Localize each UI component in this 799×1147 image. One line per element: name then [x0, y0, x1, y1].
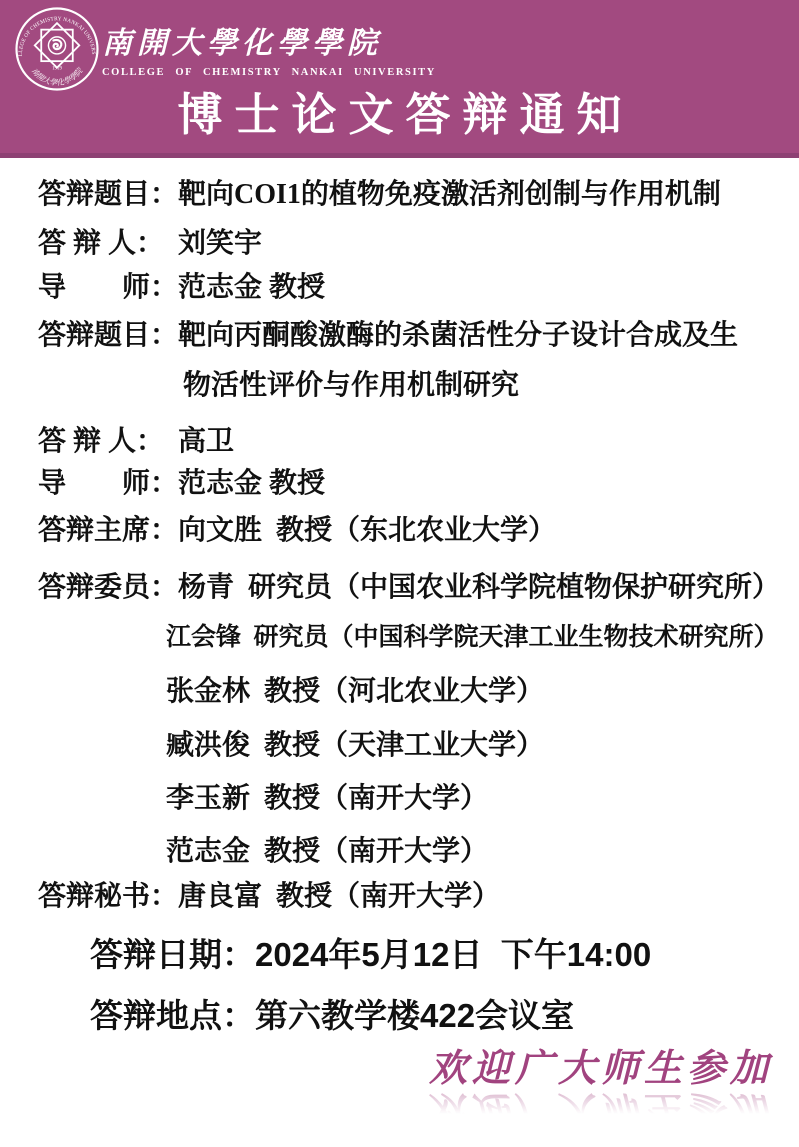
octagram-star-icon [35, 23, 80, 68]
secretary-value: 唐良富 教授（南开大学） [178, 879, 500, 915]
university-name-block: 南開大學化學學院 COLLEGE OF CHEMISTRY NANKAI UNI… [102, 18, 436, 78]
chair-value: 向文胜 教授（东北农业大学） [178, 513, 556, 549]
secretary-label: 答辩秘书： [38, 879, 178, 915]
date-value: 2024年5月12日 下午14:00 [255, 933, 651, 977]
secretary-row: 答辩秘书： 唐良富 教授（南开大学） [38, 879, 783, 915]
defense2-candidate-row: 答 辩 人： 高卫 [38, 424, 783, 460]
committee-member: 范志金 教授（南开大学） [166, 834, 783, 870]
university-name-english: COLLEGE OF CHEMISTRY NANKAI UNIVERSITY [102, 67, 436, 78]
topic-label: 答辩题目： [38, 177, 178, 213]
page-title: 博士论文答辩通知 [0, 78, 799, 143]
advisor-label: 导 师： [38, 466, 178, 502]
date-label: 答辩日期： [90, 933, 255, 977]
candidate-value: 高卫 [178, 424, 234, 460]
defense1-advisor-row: 导 师： 范志金 教授 [38, 270, 783, 306]
candidate-value: 刘笑宇 [178, 226, 262, 262]
committee-member: 杨青 研究员（中国农业科学院植物保护研究所） [178, 570, 780, 606]
location-value: 第六教学楼422会议室 [255, 994, 574, 1038]
defense1-topic-row: 答辩题目： 靶向COI1的植物免疫激活剂创制与作用机制 [38, 177, 783, 213]
committee-member: 张金林 教授（河北农业大学） [166, 674, 783, 710]
defense2-advisor-row: 导 师： 范志金 教授 [38, 466, 783, 502]
chair-label: 答辩主席： [38, 513, 178, 549]
candidate-label: 答 辩 人： [38, 226, 178, 262]
committee-row: 答辩委员： 杨青 研究员（中国农业科学院植物保护研究所） [38, 570, 783, 606]
committee-label: 答辩委员： [38, 570, 178, 606]
date-row: 答辩日期： 2024年5月12日 下午14:00 [90, 933, 783, 977]
location-label: 答辩地点： [90, 994, 255, 1038]
committee-member: 李玉新 教授（南开大学） [166, 781, 783, 817]
topic-value-line1: 靶向丙酮酸激酶的杀菌活性分子设计合成及生 [178, 318, 738, 354]
location-row: 答辩地点： 第六教学楼422会议室 [90, 994, 783, 1038]
notice-body: 答辩题目： 靶向COI1的植物免疫激活剂创制与作用机制 答 辩 人： 刘笑宇 导… [38, 177, 783, 1038]
defense1-candidate-row: 答 辩 人： 刘笑宇 [38, 226, 783, 262]
committee-member: 臧洪俊 教授（天津工业大学） [166, 728, 783, 764]
footer-welcome-banner: 欢迎广大师生参加 欢迎广大师生参加 [429, 1046, 773, 1118]
candidate-label: 答 辩 人： [38, 424, 178, 460]
topic-value-line2: 物活性评价与作用机制研究 [183, 368, 783, 404]
footer-welcome-reflection: 欢迎广大师生参加 [429, 1092, 773, 1118]
university-name-calligraphy: 南開大學化學學院 [102, 18, 436, 62]
topic-label: 答辩题目： [38, 318, 178, 354]
footer-welcome-text: 欢迎广大师生参加 [429, 1046, 773, 1092]
advisor-label: 导 师： [38, 270, 178, 306]
topic-value: 靶向COI1的植物免疫激活剂创制与作用机制 [178, 177, 721, 213]
defense2-topic-row: 答辩题目： 靶向丙酮酸激酶的杀菌活性分子设计合成及生 [38, 318, 783, 354]
header-banner: COLLEGE OF CHEMISTRY NANKAI UNIVERSITY 南… [0, 0, 799, 158]
advisor-value: 范志金 教授 [178, 466, 325, 502]
seal-year-text: 1919 [52, 66, 62, 71]
committee-member: 江会锋 研究员（中国科学院天津工业生物技术研究所） [166, 620, 783, 656]
defense-notice-page: COLLEGE OF CHEMISTRY NANKAI UNIVERSITY 南… [0, 0, 799, 1147]
chair-row: 答辩主席： 向文胜 教授（东北农业大学） [38, 513, 783, 549]
advisor-value: 范志金 教授 [178, 270, 325, 306]
